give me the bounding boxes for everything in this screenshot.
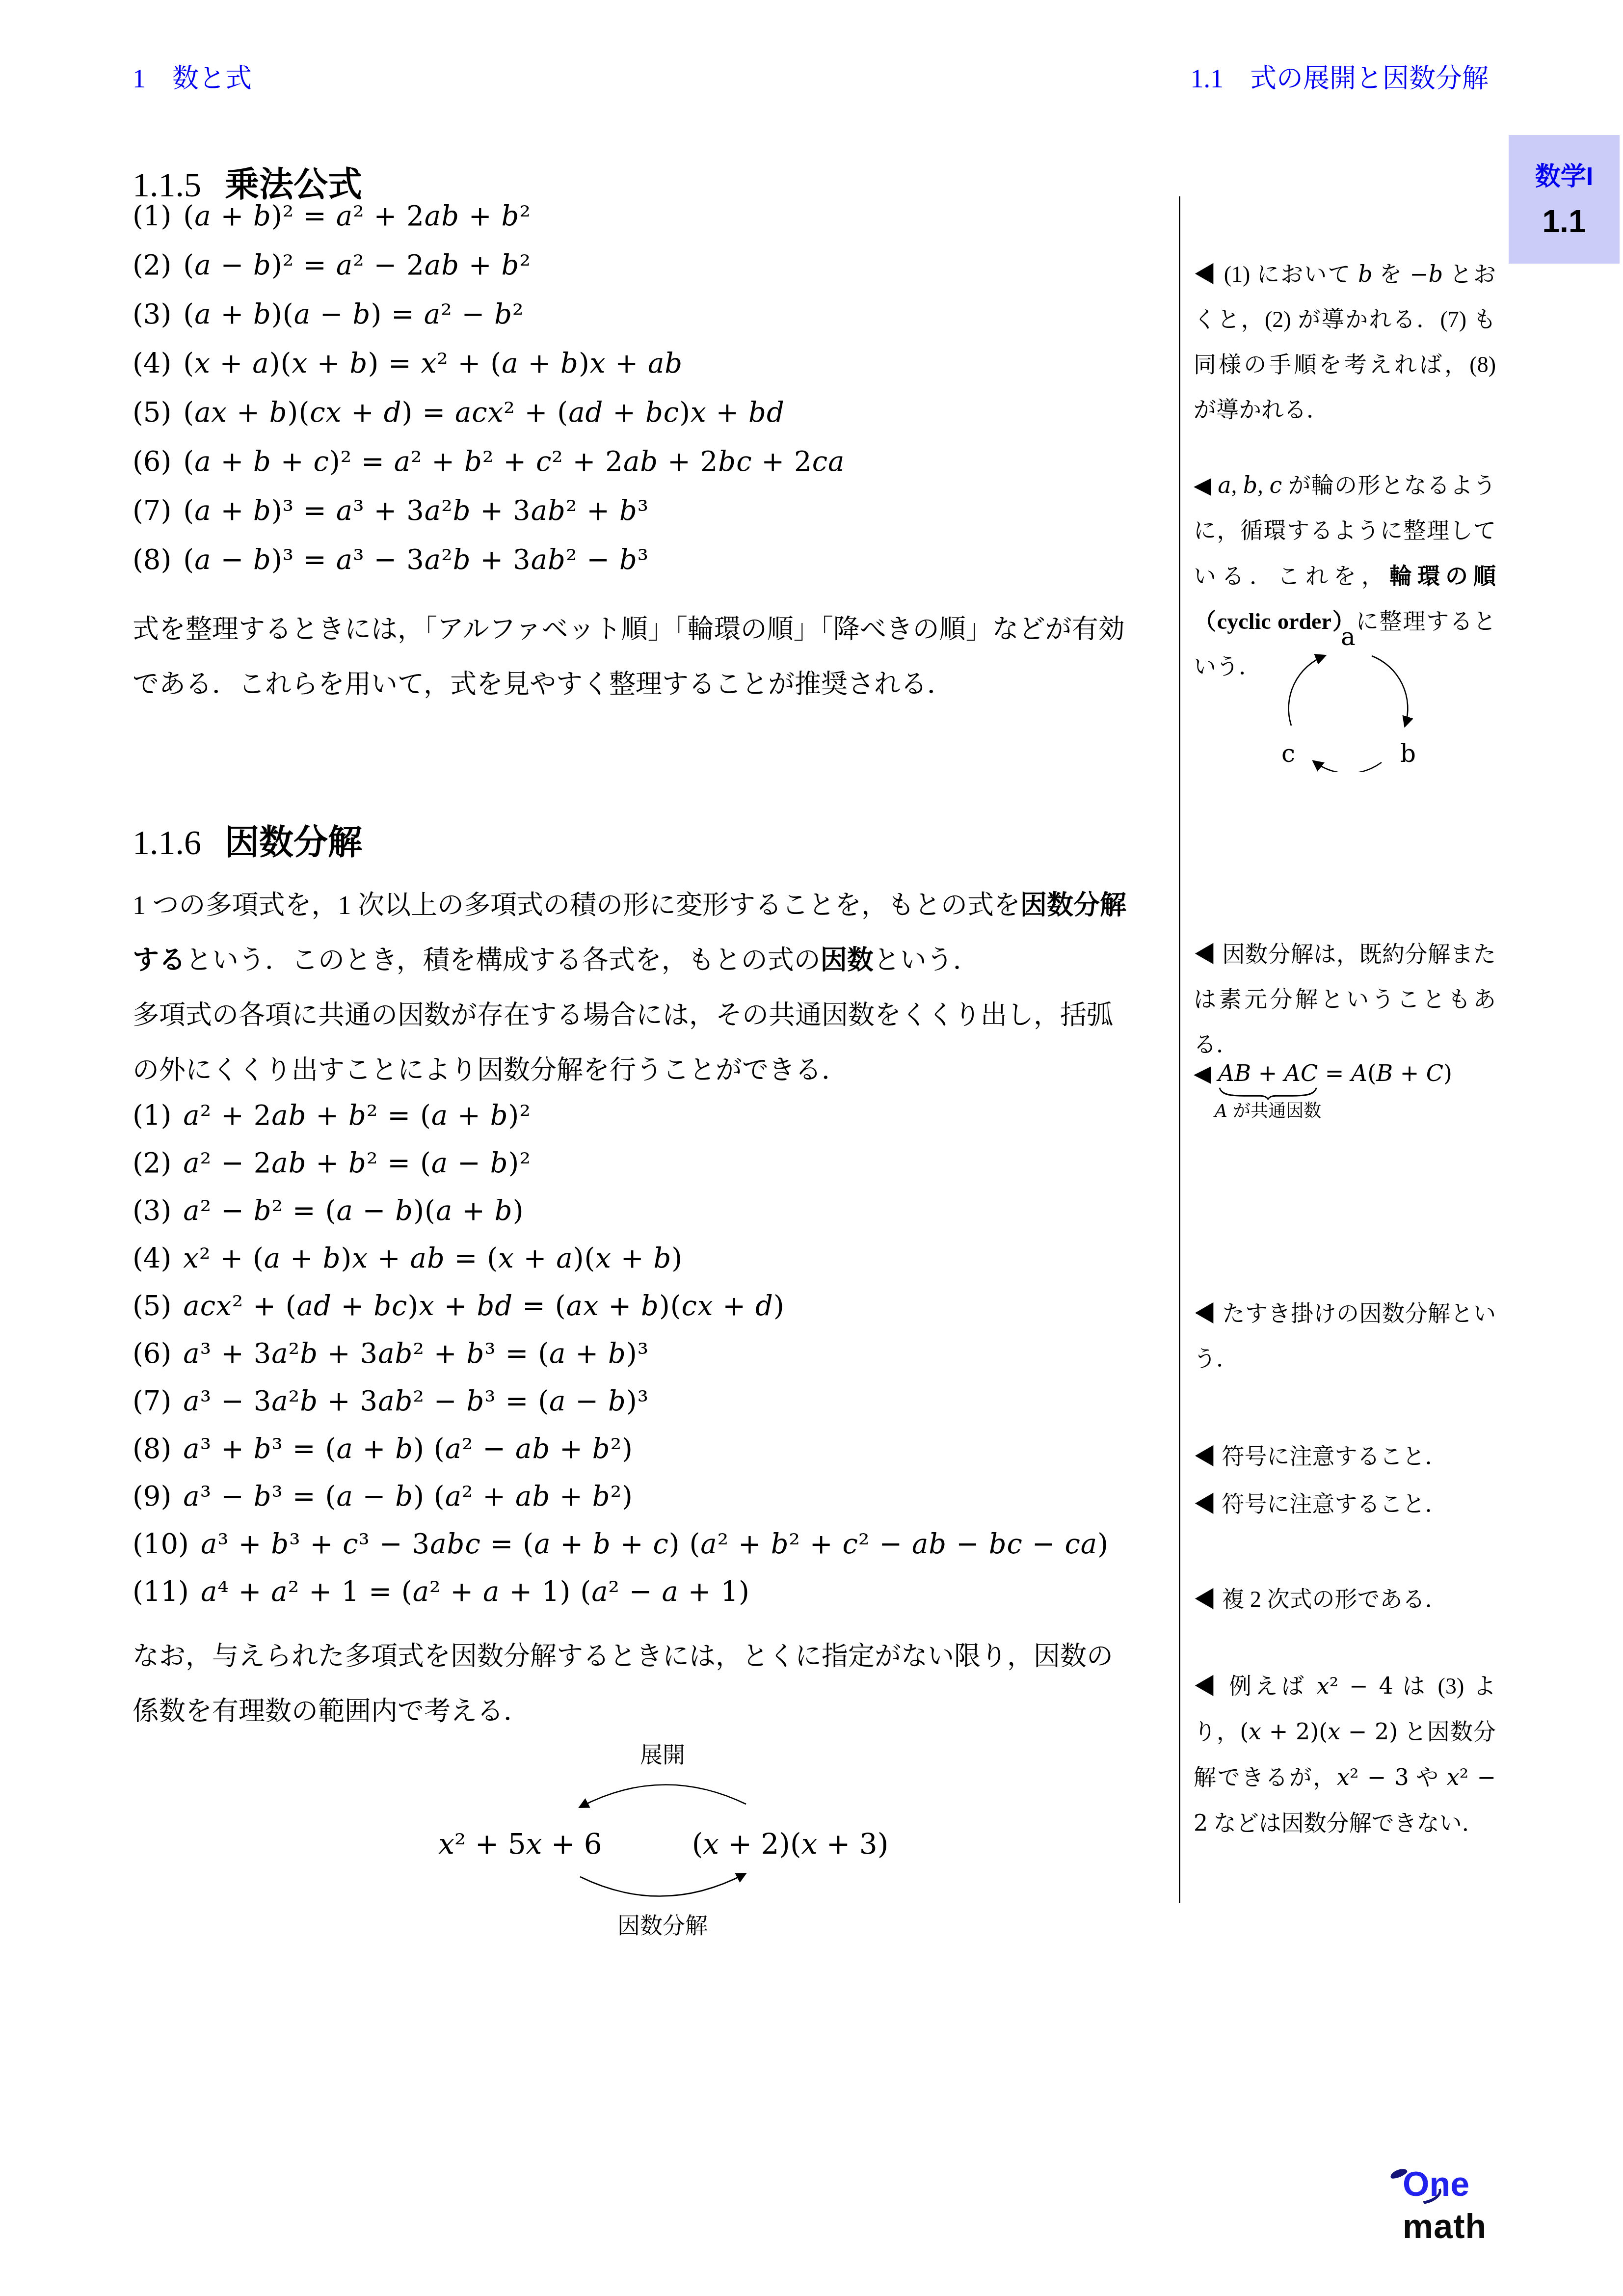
formula-row: (8) (a − b)³ = a³ − 3a²b + 3ab² − b³: [133, 544, 845, 593]
side-tab: 数学I 1.1: [1509, 135, 1620, 264]
formula-row: (2) (a − b)² = a² − 2ab + b²: [133, 249, 845, 298]
formula-label: (4): [133, 348, 171, 379]
textbook-page: 1 数と式 1.1 式の展開と因数分解 数学I 1.1 1.1.5乗法公式 (1…: [0, 0, 1623, 2296]
logo-one-text: One: [1403, 2169, 1469, 2199]
subsection-number: 1.1.6: [133, 824, 201, 862]
paragraph-line: 係数を有理数の範囲内で考える．: [133, 1684, 1163, 1739]
formula-label: (7): [133, 1385, 171, 1417]
logo-math-text: math: [1403, 2211, 1487, 2242]
formula-row: (7) a³ − 3a²b + 3ab² − b³ = (a − b)³: [133, 1385, 1109, 1433]
tab-section-number: 1.1: [1509, 203, 1620, 240]
formula-label: (5): [133, 1290, 171, 1322]
formula-expression: acx² + (ad + bc)x + bd = (ax + b)(cx + d…: [183, 1290, 784, 1322]
formula-label: (7): [133, 495, 171, 527]
formula-expression: a² − 2ab + b² = (a − b)²: [183, 1147, 531, 1179]
publisher-logo: One math: [1403, 2169, 1487, 2242]
formula-row: (2) a² − 2ab + b² = (a − b)²: [133, 1147, 1109, 1195]
formula-label: (2): [133, 249, 171, 281]
paragraph-line: の外にくくり出すことにより因数分解を行うことができる．: [133, 1043, 1163, 1098]
margin-note-sign-warning-1: ◀ 符号に注意すること．: [1194, 1434, 1496, 1479]
formula-expression: a³ + b³ + c³ − 3abc = (a + b + c) (a² + …: [201, 1528, 1109, 1560]
note-marker: ◀: [1194, 1060, 1218, 1086]
factorization-formula-list: (1) a² + 2ab + b² = (a + b)² (2) a² − 2a…: [133, 1100, 1109, 1623]
formula-expression: (a + b)² = a² + 2ab + b²: [183, 200, 531, 232]
formula-expression: (a + b + c)² = a² + b² + c² + 2ab + 2bc …: [183, 446, 845, 478]
formula-label: (5): [133, 397, 171, 429]
formula-row: (8) a³ + b³ = (a + b) (a² − ab + b²): [133, 1433, 1109, 1481]
formula-label: (3): [133, 298, 171, 330]
formula-row: (6) (a + b + c)² = a² + b² + c² + 2ab + …: [133, 446, 845, 495]
formula-label: (1): [133, 1100, 171, 1132]
formula-expression: (a − b)² = a² − 2ab + b²: [183, 249, 531, 281]
formula-label: (8): [133, 1433, 171, 1465]
formula-expression: (a − b)³ = a³ − 3a²b + 3ab² − b³: [183, 544, 649, 576]
formula-expression: (ax + b)(cx + d) = acx² + (ad + bc)x + b…: [183, 397, 784, 429]
formula-row: (10) a³ + b³ + c³ − 3abc = (a + b + c) (…: [133, 1528, 1109, 1576]
formula-label: (9): [133, 1481, 171, 1513]
formula-row: (5) (ax + b)(cx + d) = acx² + (ad + bc)x…: [133, 397, 845, 446]
tab-subject-label: 数学I: [1509, 156, 1620, 192]
paragraph-line: である．これらを用いて，式を見やすく整理することが推奨される．: [133, 657, 1163, 712]
common-factor-formula: AB + ACA が共通因数 = A(B + C): [1218, 1051, 1452, 1096]
formula-label: (6): [133, 1338, 171, 1370]
subsection-number: 1.1.5: [133, 166, 201, 204]
formula-label: (2): [133, 1147, 171, 1179]
formula-row: (9) a³ − b³ = (a − b) (a² + ab + b²): [133, 1481, 1109, 1528]
subsection-heading-factorization: 1.1.6因数分解: [133, 824, 362, 862]
formula-expression: (x + a)(x + b) = x² + (a + b)x + ab: [183, 348, 683, 379]
paragraph-line: 式を整理するときには，「アルファベット順」「輪環の順」「降べきの順」などが有効: [133, 602, 1163, 657]
formula-expression: a² − b² = (a − b)(a + b): [183, 1195, 524, 1227]
formula-expression: a³ + 3a²b + 3ab² + b³ = (a + b)³: [183, 1338, 649, 1370]
margin-note-common-factor: ◀ AB + ACA が共通因数 = A(B + C): [1194, 1051, 1496, 1096]
formula-row: (4) x² + (a + b)x + ab = (x + a)(x + b): [133, 1243, 1109, 1290]
chapter-header: 1 数と式: [133, 63, 252, 95]
formula-row: (1) (a + b)² = a² + 2ab + b²: [133, 200, 845, 249]
expand-factor-diagram: 展開 x² + 5x + 6 (x + 2)(x + 3) 因数分解: [427, 1743, 898, 1939]
formula-row: (6) a³ + 3a²b + 3ab² + b³ = (a + b)³: [133, 1338, 1109, 1385]
margin-note-tasukigake: ◀ たすき掛けの因数分解という．: [1194, 1291, 1496, 1381]
sidebar-divider: [1179, 196, 1180, 1903]
paragraph-line: 多項式の各項に共通の因数が存在する場合には，その共通因数をくくり出し，括弧: [133, 988, 1163, 1043]
formula-label: (3): [133, 1195, 171, 1227]
factorization-intro-paragraph: 1 つの多項式を，1 次以上の多項式の積の形に変形することを，もとの式を因数分解…: [133, 878, 1163, 1098]
margin-note-sign-warning-2: ◀ 符号に注意すること．: [1194, 1482, 1496, 1527]
subsection-title: 因数分解: [225, 823, 362, 862]
paragraph-line: なお，与えられた多項式を因数分解するときには，とくに指定がない限り，因数の: [133, 1629, 1163, 1684]
cyclic-order-diagram: a b c: [1267, 620, 1429, 772]
formula-label: (1): [133, 200, 171, 232]
formula-expression: (a + b)³ = a³ + 3a²b + 3ab² + b³: [183, 495, 649, 527]
closing-paragraph: なお，与えられた多項式を因数分解するときには，とくに指定がない限り，因数の 係数…: [133, 1629, 1163, 1739]
subsection-title: 乗法公式: [225, 165, 362, 204]
formula-label: (11): [133, 1576, 189, 1608]
formula-row: (3) (a + b)(a − b) = a² − b²: [133, 298, 845, 348]
common-factor-lhs: AB + ACA が共通因数: [1218, 1051, 1318, 1096]
margin-note-biquadratic: ◀ 複 2 次式の形である．: [1194, 1577, 1496, 1622]
polynomial-expression: x² + 5x + 6: [427, 1827, 613, 1861]
factored-expression: (x + 2)(x + 3): [682, 1827, 898, 1861]
paragraph-line: 1 つの多項式を，1 次以上の多項式の積の形に変形することを，もとの式を因数分解: [133, 878, 1163, 933]
cycle-label-a: a: [1341, 622, 1356, 651]
paragraph-line: するという．このとき，積を構成する各式を，もとの式の因数という．: [133, 933, 1163, 988]
formula-row: (3) a² − b² = (a − b)(a + b): [133, 1195, 1109, 1243]
formula-row: (7) (a + b)³ = a³ + 3a²b + 3ab² + b³: [133, 495, 845, 544]
factorize-label: 因数分解: [427, 1914, 898, 1938]
margin-note-prime-decomposition: ◀ 因数分解は，既約分解または素元分解ということもある．: [1194, 932, 1496, 1067]
cycle-label-b: b: [1400, 739, 1416, 768]
formula-row: (5) acx² + (ad + bc)x + bd = (ax + b)(cx…: [133, 1290, 1109, 1338]
formula-label: (10): [133, 1528, 189, 1560]
common-factor-rhs: = A(B + C): [1318, 1060, 1452, 1086]
formula-row: (4) (x + a)(x + b) = x² + (a + b)x + ab: [133, 348, 845, 397]
common-factor-caption: A が共通因数: [1215, 1102, 1321, 1121]
formula-expression: x² + (a + b)x + ab = (x + a)(x + b): [183, 1243, 683, 1274]
formula-row: (11) a⁴ + a² + 1 = (a² + a + 1) (a² − a …: [133, 1576, 1109, 1623]
margin-note-derive: ◀ (1) において b を −b とおくと，(2) が導かれる．(7) も同様…: [1194, 251, 1496, 432]
formula-expression: a² + 2ab + b² = (a + b)²: [183, 1100, 531, 1132]
margin-note-rational-example: ◀ 例えば x² − 4 は (3) より，(x + 2)(x − 2) と因数…: [1194, 1663, 1496, 1846]
subsection-heading-multiplication: 1.1.5乗法公式: [133, 166, 362, 204]
formula-expression: a³ − b³ = (a − b) (a² + ab + b²): [183, 1481, 633, 1513]
expand-label: 展開: [427, 1743, 898, 1767]
formula-row: (1) a² + 2ab + b² = (a + b)²: [133, 1100, 1109, 1147]
section-header: 1.1 式の展開と因数分解: [1191, 63, 1489, 95]
multiplication-formula-list: (1) (a + b)² = a² + 2ab + b² (2) (a − b)…: [133, 200, 845, 593]
formula-expression: (a + b)(a − b) = a² − b²: [183, 298, 524, 330]
formula-expression: a³ − 3a²b + 3ab² − b³ = (a − b)³: [183, 1385, 649, 1417]
formula-expression: a⁴ + a² + 1 = (a² + a + 1) (a² − a + 1): [201, 1576, 750, 1608]
cycle-label-c: c: [1281, 739, 1295, 768]
formula-label: (4): [133, 1243, 171, 1274]
formula-expression: a³ + b³ = (a + b) (a² − ab + b²): [183, 1433, 633, 1465]
formula-label: (8): [133, 544, 171, 576]
underbrace-icon: [1218, 1087, 1318, 1100]
formula-label: (6): [133, 446, 171, 478]
ordering-paragraph: 式を整理するときには，「アルファベット順」「輪環の順」「降べきの順」などが有効 …: [133, 602, 1163, 712]
